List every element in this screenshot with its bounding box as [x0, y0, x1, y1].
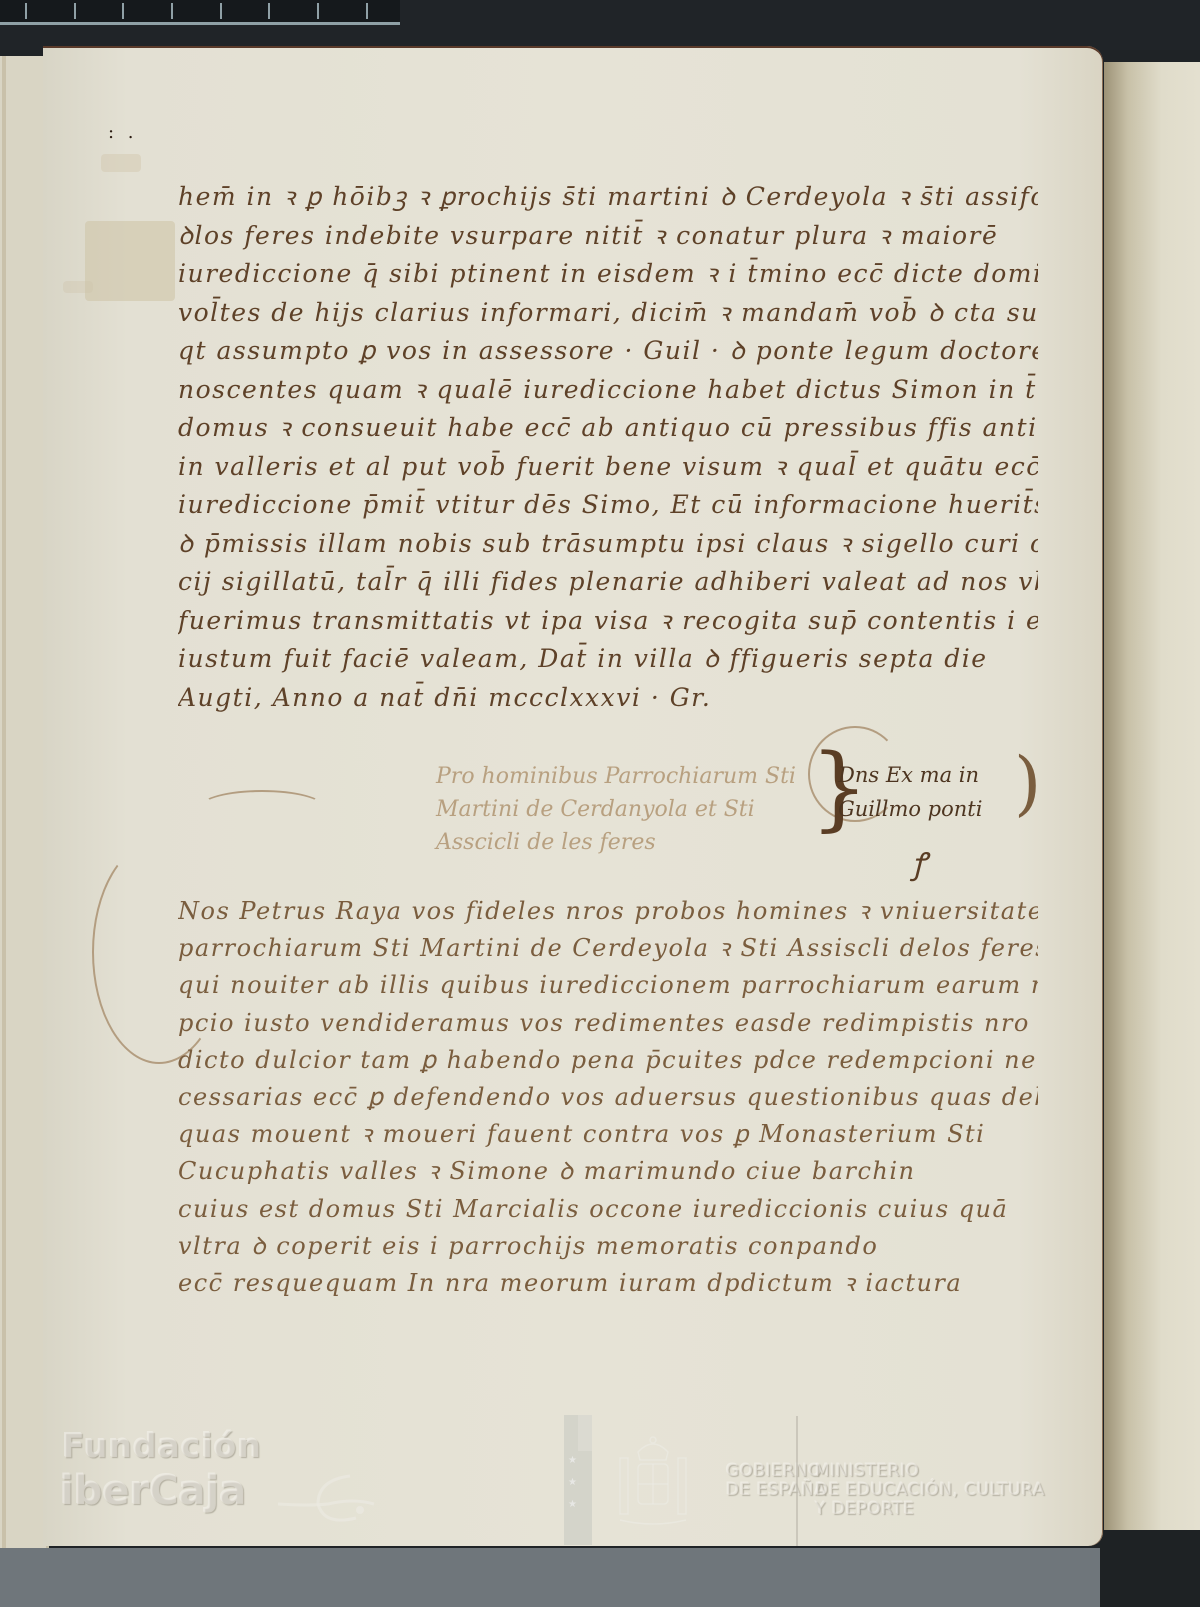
second-text-block: Nos Petrus Raya vos fideles nros probos … [178, 893, 1038, 1302]
binding-corner [1100, 1530, 1200, 1607]
binding-top [0, 0, 1200, 50]
text-line: cij sigillatū, tal̄r q̄ illi fides plena… [178, 563, 1038, 602]
text-line: cuius est domus Sti Marcialis occone iur… [178, 1191, 1038, 1228]
ibercaja-logo-icon [278, 1468, 378, 1528]
coat-of-arms-icon [616, 1432, 690, 1528]
ministerio-watermark: MINISTERIO DE EDUCACIÓN, CULTURA Y DEPOR… [815, 1462, 1045, 1519]
text-line: fuerimus transmittatis vt ipa visa ꝛ rec… [178, 602, 1038, 641]
leather-support [0, 1548, 1200, 1607]
endorsement-note: Pro hominibus Parrochiarum Sti Martini d… [436, 760, 796, 859]
text-line: dicto dulcior tam ꝑ habendo pena p̄cuite… [178, 1042, 1038, 1079]
registrar-note: Dns Ex ma in Guillmo ponti [838, 758, 982, 826]
ministerio-line3: Y DEPORTE [815, 1500, 1045, 1519]
gobierno-line2: DE ESPAÑA [726, 1481, 826, 1500]
text-line: cessarias ecc̄ ꝑ defendendo vos aduersus… [178, 1079, 1038, 1116]
text-line: ecc̄ resquequam In nra meorum iuram dpdi… [178, 1265, 1038, 1302]
text-line: parrochiarum Sti Martini de Cerdeyola ꝛ … [178, 930, 1038, 967]
text-line: pcio iusto vendideramus vos redimentes e… [178, 1005, 1038, 1042]
margin-marks: : . [108, 122, 138, 143]
notary-sign-icon: ꝭ [912, 842, 926, 883]
stain [101, 154, 141, 172]
text-line: in valleris et al put vob̄ fuerit bene v… [178, 448, 1038, 487]
stain [85, 221, 175, 301]
text-line: iustum fuit faciē valeam, Dat̄ in villa … [178, 640, 1038, 679]
note-line: Dns Ex ma in [838, 758, 982, 792]
text-line: iurediccione p̄mit̄ vtitur dēs Simo, Et … [178, 486, 1038, 525]
ministerio-line1: MINISTERIO [815, 1462, 1045, 1481]
previous-folio-edge [0, 56, 49, 1548]
gobierno-line1: GOBIERNO [726, 1462, 826, 1481]
next-folio-edge [1104, 62, 1200, 1538]
note-line: Pro hominibus Parrochiarum Sti [436, 760, 796, 793]
text-line: Cucuphatis valles ꝛ Simone ꝺ marimundo c… [178, 1153, 1038, 1190]
note-line: Asscicli de les feres [436, 826, 796, 859]
stain [63, 281, 93, 293]
ministerio-line2: DE EDUCACIÓN, CULTURA [815, 1481, 1045, 1500]
text-line: qt assumpto ꝑ vos in assessore · Guil · … [178, 332, 1038, 371]
main-text-block: hem̄ in ꝛ ꝑ hōibꝫ ꝛ ꝑrochijs s̄ti martin… [178, 178, 1038, 717]
text-line: iurediccione q̄ sibi ptinent in eisdem ꝛ… [178, 255, 1038, 294]
text-line: ꝺ p̄missis illam nobis sub trāsumptu ips… [178, 525, 1038, 564]
text-line: noscentes quam ꝛ qualē iurediccione habe… [178, 371, 1038, 410]
text-line: domus ꝛ consueuit habe ecc̄ ab antiquo c… [178, 409, 1038, 448]
spain-flag-bar: ★ ★ ★ [564, 1415, 592, 1545]
gobierno-watermark: GOBIERNO DE ESPAÑA [726, 1462, 826, 1500]
right-bracket-icon: ) [1014, 748, 1041, 818]
flourish-stroke [200, 790, 324, 824]
text-line: qui nouiter ab illis quibus iurediccione… [178, 967, 1038, 1004]
text-line: ꝺlos feres indebite vsurpare nitit̄ ꝛ co… [178, 217, 1038, 256]
ibercaja-watermark-line2: iberCaja [60, 1468, 246, 1514]
text-line: hem̄ in ꝛ ꝑ hōibꝫ ꝛ ꝑrochijs s̄ti martin… [178, 178, 1038, 217]
text-line: vltra ꝺ coperit eis i parrochijs memorat… [178, 1228, 1038, 1265]
text-line: Augti, Anno a nat̄ dn̄i mccclxxxvi · Gr.… [178, 679, 718, 718]
scale-ruler [0, 0, 400, 25]
text-line: quas mouent ꝛ moueri fauent contra vos ꝑ… [178, 1116, 1038, 1153]
text-line: vol̄tes de hijs clarius informari, dicim… [178, 294, 1038, 333]
note-line: Guillmo ponti [838, 792, 982, 826]
text-line: Nos Petrus Raya vos fideles nros probos … [178, 893, 1038, 930]
watermark-divider [796, 1416, 798, 1546]
ibercaja-watermark-line1: Fundación [62, 1426, 262, 1466]
note-line: Martini de Cerdanyola et Sti [436, 793, 796, 826]
